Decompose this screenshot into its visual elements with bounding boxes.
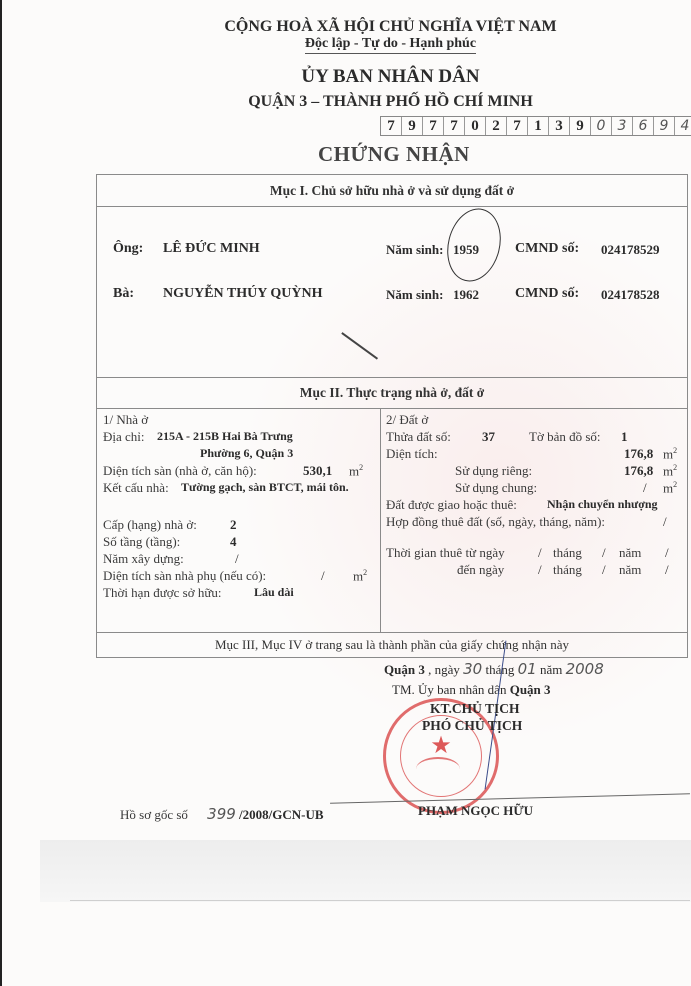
serial-digit: 2 bbox=[486, 117, 507, 135]
owner2-name: NGUYỄN THÚY QUỲNH bbox=[163, 286, 322, 302]
owner2-birth-year: 1962 bbox=[453, 287, 479, 303]
serial-digit-handwritten: 4 bbox=[675, 117, 691, 135]
allocation-value: Nhận chuyển nhượng bbox=[547, 497, 658, 512]
owner2-birth-label: Năm sinh: bbox=[386, 287, 443, 303]
certificate-page: CỘNG HOÀ XÃ HỘI CHỦ NGHĨA VIỆT NAM Độc l… bbox=[0, 0, 691, 986]
lease-from-label: Thời gian thuê từ ngày bbox=[386, 545, 505, 561]
private-use-unit: m2 bbox=[663, 463, 677, 479]
serial-digit-handwritten: 3 bbox=[612, 117, 633, 135]
land-area-label: Diện tích: bbox=[386, 446, 438, 462]
column-divider bbox=[380, 408, 381, 632]
owner1-prefix: Ông: bbox=[113, 241, 143, 257]
floor-area-value: 530,1 bbox=[303, 463, 332, 479]
floors-value: 4 bbox=[230, 534, 237, 550]
signing-day: 30 bbox=[463, 660, 482, 678]
serial-digit: 9 bbox=[402, 117, 423, 135]
lease-to-label: đến ngày bbox=[457, 562, 504, 578]
lease-to-year: / bbox=[665, 562, 669, 578]
lease-to-year-label: năm bbox=[619, 562, 641, 578]
lease-to-day: / bbox=[538, 562, 542, 578]
map-label: Tờ bản đồ số: bbox=[529, 429, 601, 445]
owner2-prefix: Bà: bbox=[113, 286, 134, 302]
house-heading: 1/ Nhà ở bbox=[103, 412, 148, 428]
authority-heading: ỦY BAN NHÂN DÂN bbox=[45, 66, 691, 88]
private-use-value: 176,8 bbox=[624, 463, 653, 479]
floor-area-unit: m2 bbox=[349, 463, 363, 479]
aux-area-label: Diện tích sàn nhà phụ (nếu có): bbox=[103, 568, 266, 584]
ownership-term-label: Thời hạn được sở hữu: bbox=[103, 585, 221, 601]
signer-name: PHẠM NGỌC HỮU bbox=[418, 803, 533, 819]
scan-edge bbox=[0, 0, 2, 986]
record-number: 399 bbox=[207, 805, 236, 823]
serial-digit: 3 bbox=[549, 117, 570, 135]
aux-area-unit: m2 bbox=[353, 568, 367, 584]
structure-value: Tường gạch, sàn BTCT, mái tôn. bbox=[181, 480, 349, 495]
serial-digit-handwritten: 6 bbox=[633, 117, 654, 135]
divider bbox=[97, 206, 687, 207]
address-line1: 215A - 215B Hai Bà Trưng bbox=[157, 429, 293, 444]
serial-digit: 1 bbox=[528, 117, 549, 135]
map-value: 1 bbox=[621, 429, 628, 445]
owner2-id-label: CMND số: bbox=[515, 286, 579, 302]
owner1-id-label: CMND số: bbox=[515, 241, 579, 257]
built-year-value: / bbox=[235, 551, 239, 567]
lease-from-month: / bbox=[602, 545, 606, 561]
lease-to-month: / bbox=[602, 562, 606, 578]
serial-digit: 7 bbox=[381, 117, 402, 135]
land-area-unit: m2 bbox=[663, 446, 677, 462]
section34-note: Mục III, Mục IV ở trang sau là thành phầ… bbox=[97, 637, 687, 653]
plot-value: 37 bbox=[482, 429, 495, 445]
allocation-label: Đất được giao hoặc thuê: bbox=[386, 497, 517, 513]
ownership-term-value: Lâu dài bbox=[254, 585, 294, 600]
divider bbox=[97, 408, 687, 409]
shared-use-value: / bbox=[643, 480, 647, 496]
signing-date-line: Quận 3 , ngày 30 tháng 01 năm 2008 bbox=[384, 660, 604, 678]
owner1-birth-label: Năm sinh: bbox=[386, 242, 443, 258]
land-heading: 2/ Đất ở bbox=[386, 412, 428, 428]
section1-title: Mục I. Chủ sở hữu nhà ở và sử dụng đất ở bbox=[97, 183, 687, 199]
grade-label: Cấp (hạng) nhà ở: bbox=[103, 517, 197, 533]
certificate-table: Mục I. Chủ sở hữu nhà ở và sử dụng đất ở… bbox=[96, 174, 688, 658]
lease-from-month-label: tháng bbox=[553, 545, 582, 561]
record-suffix: /2008/GCN-UB bbox=[239, 807, 324, 822]
shared-use-label: Sử dụng chung: bbox=[455, 480, 537, 496]
serial-digit-handwritten: 9 bbox=[654, 117, 675, 135]
scan-shadow-band bbox=[40, 840, 691, 902]
signing-month: 01 bbox=[518, 660, 537, 678]
address-label: Địa chỉ: bbox=[103, 429, 145, 445]
serial-digit: 0 bbox=[465, 117, 486, 135]
divider bbox=[97, 377, 687, 378]
scan-divider bbox=[70, 900, 690, 901]
authority-subheading: QUẬN 3 – THÀNH PHỐ HỒ CHÍ MINH bbox=[45, 93, 691, 111]
serial-digit-handwritten: 0 bbox=[591, 117, 612, 135]
floor-area-label: Diện tích sàn (nhà ở, căn hộ): bbox=[103, 463, 257, 479]
lease-to-month-label: tháng bbox=[553, 562, 582, 578]
shared-use-unit: m2 bbox=[663, 480, 677, 496]
lease-from-year-label: năm bbox=[619, 545, 641, 561]
divider bbox=[97, 632, 687, 633]
section2-title: Mục II. Thực trạng nhà ở, đất ở bbox=[97, 385, 687, 401]
serial-number-boxes: 797702713903694 bbox=[380, 116, 691, 136]
address-line2: Phường 6, Quận 3 bbox=[200, 446, 293, 461]
grade-value: 2 bbox=[230, 517, 237, 533]
owner2-id: 024178528 bbox=[601, 287, 660, 303]
serial-digit: 7 bbox=[444, 117, 465, 135]
built-year-label: Năm xây dựng: bbox=[103, 551, 184, 567]
owner1-id: 024178529 bbox=[601, 242, 660, 258]
lease-from-day: / bbox=[538, 545, 542, 561]
aux-area-value: / bbox=[321, 568, 325, 584]
signing-year: 2008 bbox=[566, 660, 604, 678]
lease-contract-value: / bbox=[663, 514, 667, 530]
private-use-label: Sử dụng riêng: bbox=[455, 463, 532, 479]
plot-label: Thửa đất số: bbox=[386, 429, 451, 445]
floors-label: Số tầng (tầng): bbox=[103, 534, 180, 550]
lease-from-year: / bbox=[665, 545, 669, 561]
record-number-line: Hồ sơ gốc số 399 /2008/GCN-UB bbox=[120, 805, 324, 823]
land-area-value: 176,8 bbox=[624, 446, 653, 462]
nation-heading: CỘNG HOÀ XÃ HỘI CHỦ NGHĨA VIỆT NAM bbox=[45, 18, 691, 36]
motto: Độc lập - Tự do - Hạnh phúc bbox=[45, 36, 691, 52]
serial-digit: 9 bbox=[570, 117, 591, 135]
owner1-name: LÊ ĐỨC MINH bbox=[163, 241, 260, 257]
serial-digit: 7 bbox=[507, 117, 528, 135]
on-behalf-line: TM. Ủy ban nhân dân Quận 3 bbox=[392, 682, 551, 698]
structure-label: Kết cấu nhà: bbox=[103, 480, 169, 496]
signer-role2: PHÓ CHỦ TỊCH bbox=[422, 718, 522, 734]
lease-contract-label: Hợp đồng thuê đất (số, ngày, tháng, năm)… bbox=[386, 514, 605, 530]
document-title: CHỨNG NHẬN bbox=[318, 142, 470, 167]
signer-role1: KT.CHỦ TỊCH bbox=[430, 701, 520, 717]
serial-digit: 7 bbox=[423, 117, 444, 135]
